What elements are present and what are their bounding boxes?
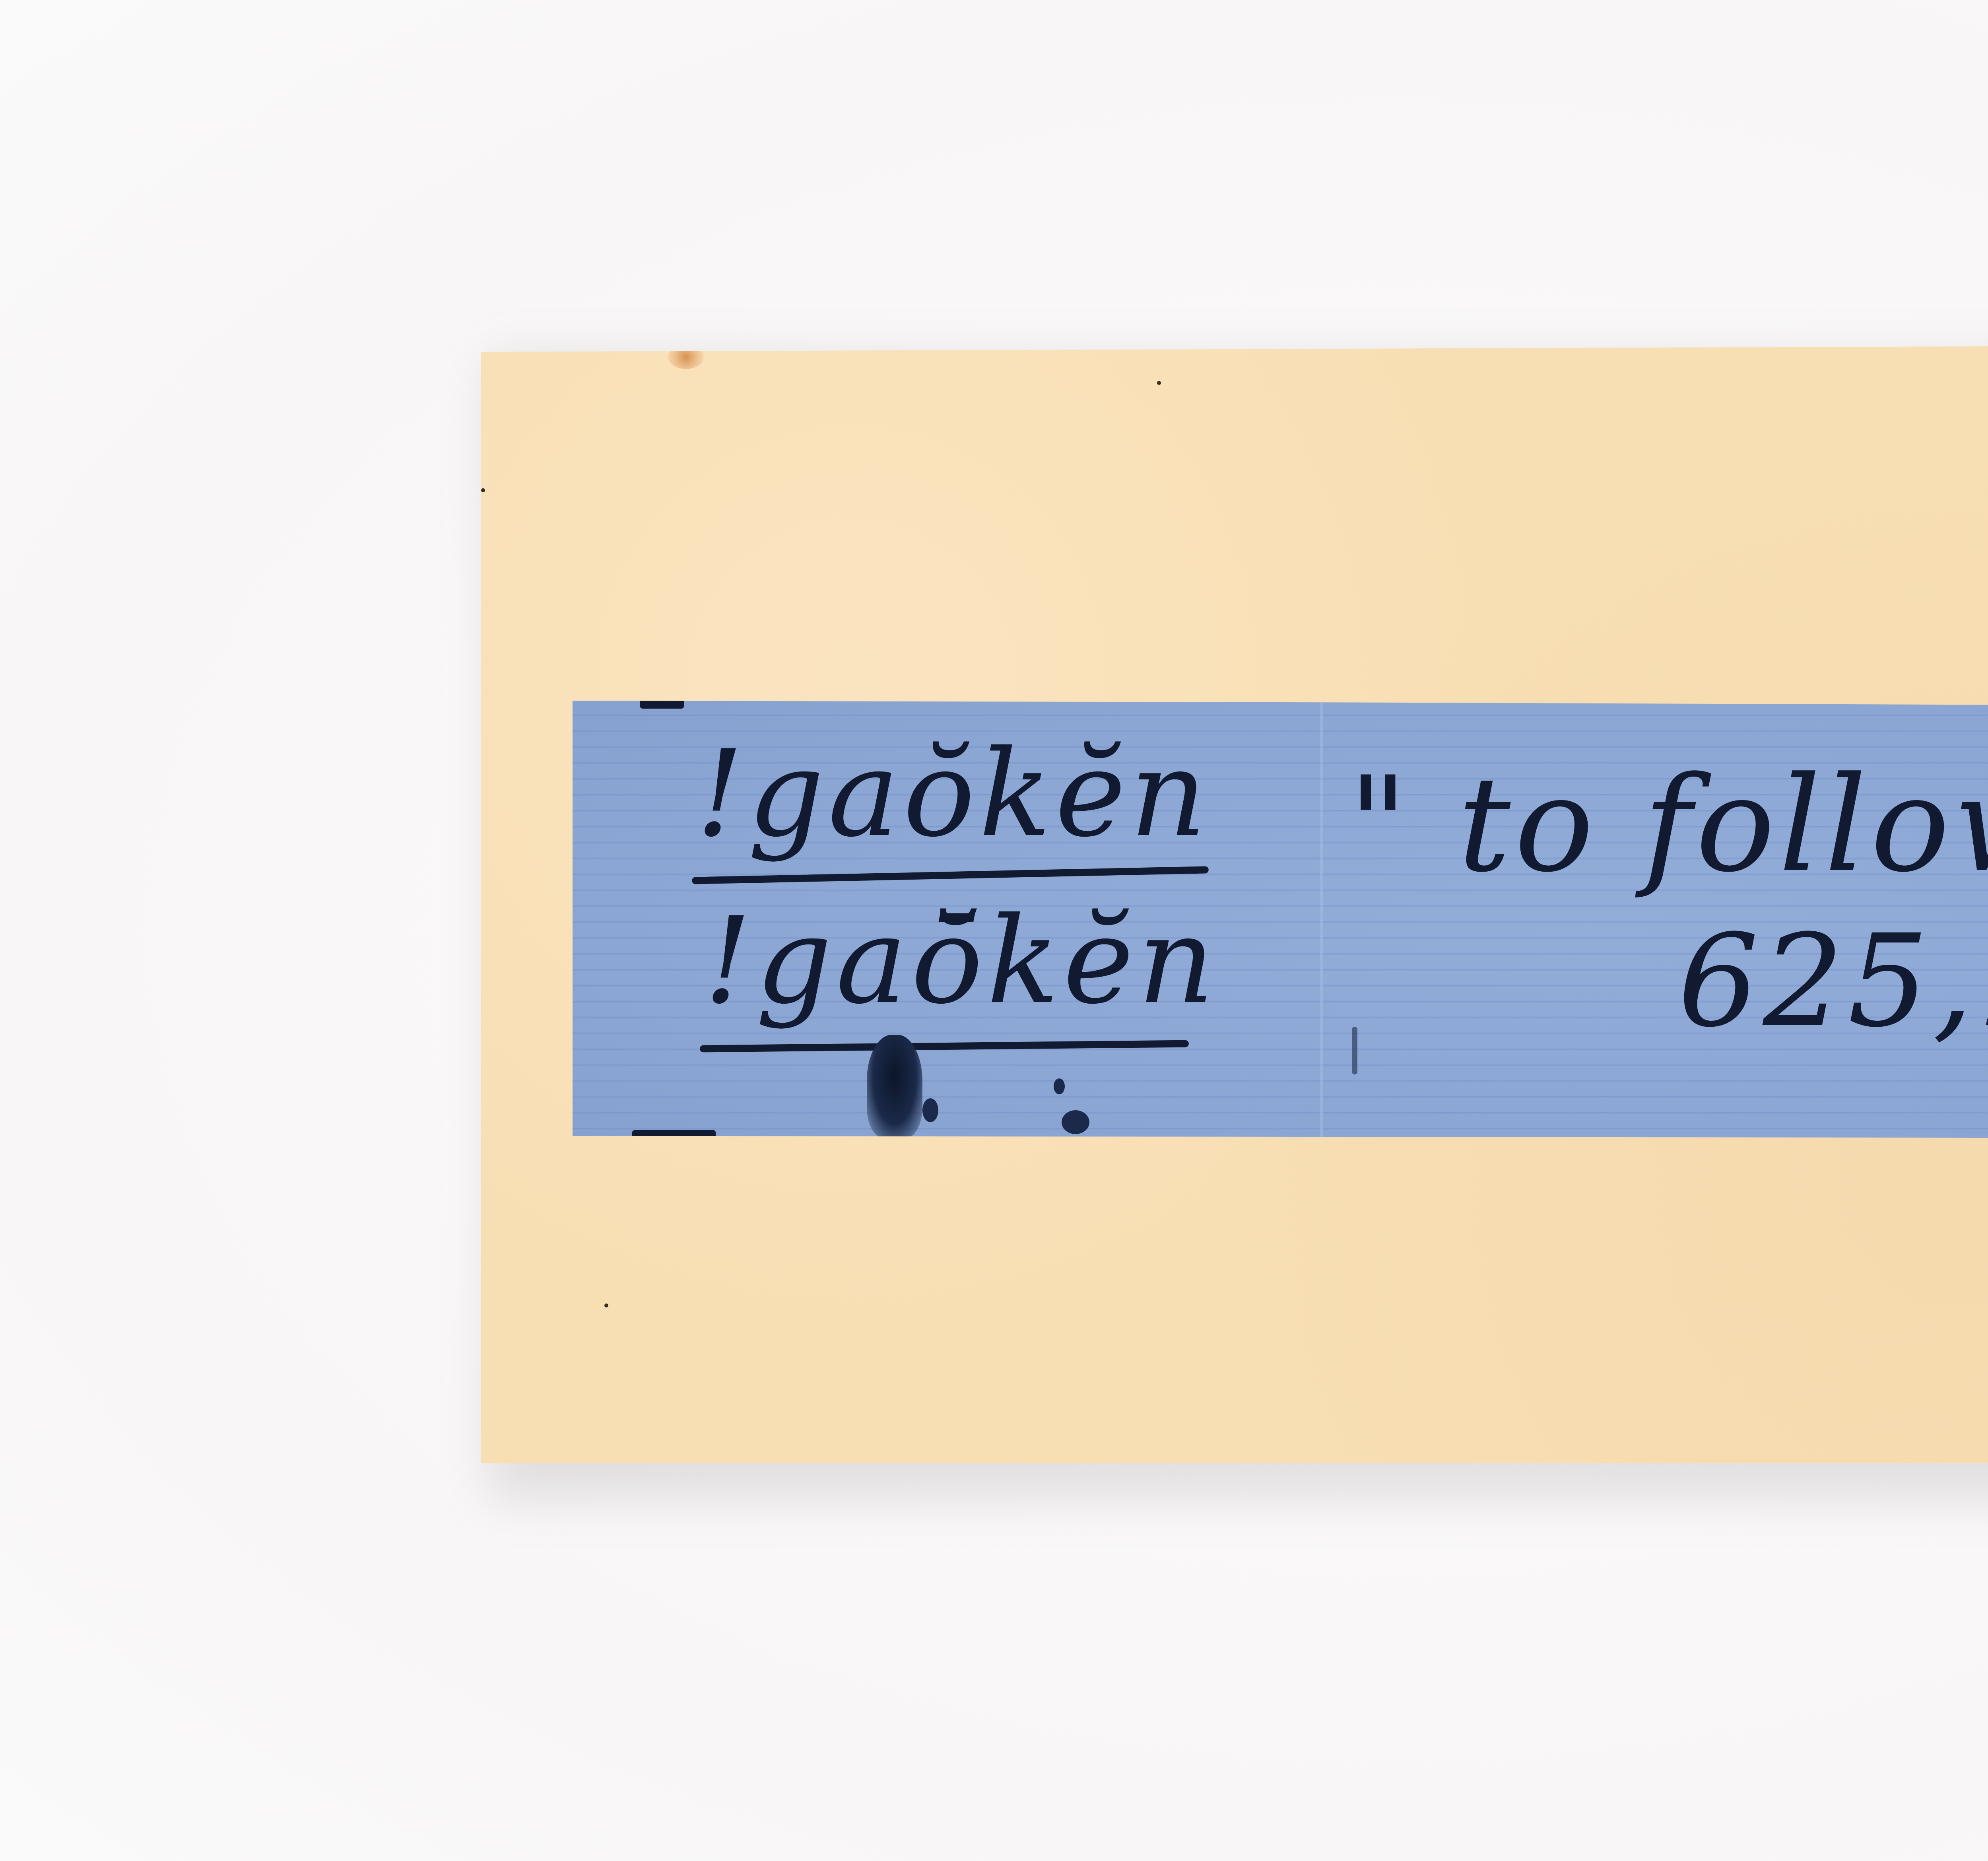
paper-speck xyxy=(604,1303,608,1307)
handwriting-right-line-2: 625,1,5; xyxy=(1678,907,1988,1055)
underline-2 xyxy=(700,1040,1189,1053)
blue-paper-slip: !gaŏkĕn !gaō̆kĕn " to follow (ĭyooo) 625… xyxy=(573,701,1988,1138)
handwriting-left-line-1: !gaŏkĕn xyxy=(696,725,1211,863)
ink-dot xyxy=(1054,1078,1065,1094)
paper-speck xyxy=(1157,381,1161,385)
ink-dot xyxy=(922,1098,938,1122)
handwriting-right-line-1: " to follow (ĭyooo) xyxy=(1348,748,1988,901)
ink-blot xyxy=(867,1035,922,1138)
photo-scene: !gaŏkĕn !gaō̆kĕn " to follow (ĭyooo) 625… xyxy=(0,0,1988,1861)
ink-dot xyxy=(1062,1110,1089,1134)
slip-fold-line xyxy=(1320,701,1323,1138)
paper-speck xyxy=(481,488,485,492)
rust-stain-top xyxy=(668,345,704,369)
ink-trace xyxy=(1352,1027,1357,1074)
handwriting-left-line-2: !gaō̆kĕn xyxy=(704,892,1219,1030)
underline-1 xyxy=(692,866,1209,884)
